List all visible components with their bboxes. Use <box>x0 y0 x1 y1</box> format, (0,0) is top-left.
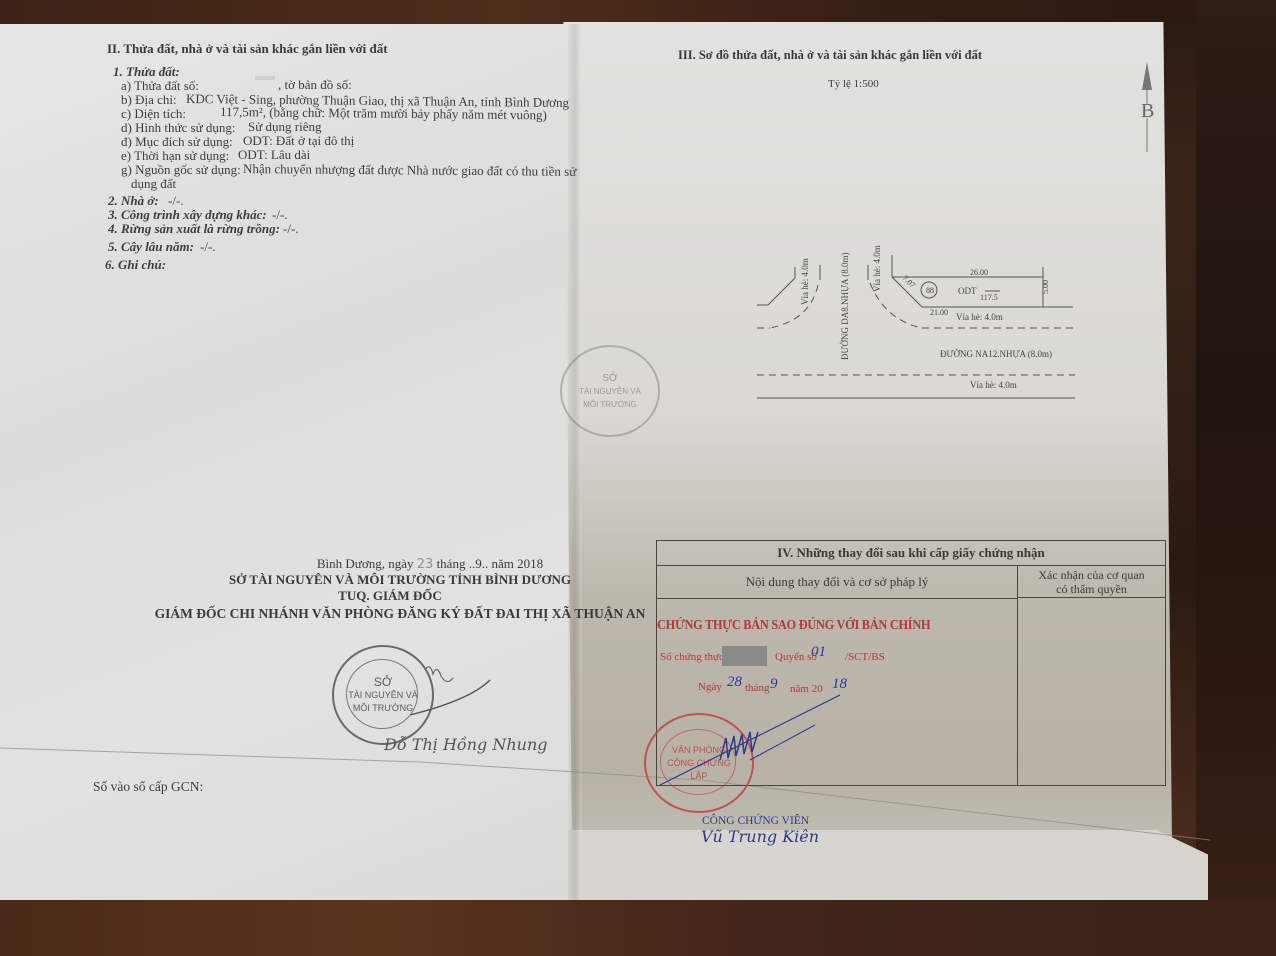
parcel-edge-bottom: 21.00 <box>930 308 948 317</box>
parcel-edge-top: 26.00 <box>970 268 988 277</box>
perennial-value: -/-. <box>200 240 216 254</box>
sidewalk-label-1: Vỉa hè: 4.0m <box>956 312 1003 322</box>
redacted-parcel-number <box>255 76 275 80</box>
sidewalk-label-2: Vỉa hè: 4.0m <box>970 380 1017 390</box>
other-works-value: -/-. <box>272 208 288 222</box>
notes-label: 6. Ghi chú: <box>105 258 166 272</box>
area-label: c) Diện tích: <box>121 107 186 121</box>
notary-title: CÔNG CHỨNG VIÊN <box>702 814 809 828</box>
sidewalk-label-4: Vỉa hè: 4.0m <box>872 245 882 292</box>
faint-stamp-bleedthrough: SỞ TÀI NGUYÊN VÀ MÔI TRƯỜNG <box>560 345 660 437</box>
notary-name: Vũ Trung Kiên <box>701 830 819 844</box>
table-surface-top <box>0 0 1276 24</box>
road-vertical-label: ĐƯỜNG DA8.NHỰA (8.0m) <box>840 253 850 360</box>
use-purpose-label: đ) Mục đích sử dụng: <box>121 135 233 149</box>
road-horizontal-label: ĐƯỜNG NA12.NHỰA (8.0m) <box>940 349 1052 359</box>
address-label: b) Địa chỉ: <box>121 93 177 107</box>
map-sheet-label: , tờ bản đồ số: <box>278 78 352 92</box>
notarization-title: CHỨNG THỰC BẢN SAO ĐÚNG VỚI BẢN CHÍNH <box>657 619 930 633</box>
section4-title: IV. Những thay đổi sau khi cấp giấy chứn… <box>657 541 1165 566</box>
diagram-scale: Tỷ lệ 1:500 <box>828 77 879 91</box>
house-value: -/-. <box>168 194 184 208</box>
issuance-date-line: Bình Dương, ngày 23 tháng ..9.. năm 2018 <box>140 556 660 572</box>
book-suffix: /SCT/BS <box>845 650 885 664</box>
signer-title: GIÁM ĐỐC CHI NHÁNH VĂN PHÒNG ĐĂNG KÝ ĐẤT… <box>120 606 680 622</box>
use-purpose-value: ODT: Đất ở tại đô thị <box>243 134 354 148</box>
use-term-value: ODT: Lâu dài <box>238 148 310 162</box>
origin-label: g) Nguồn gốc sử dụng: <box>121 163 241 177</box>
perennial-label: 5. Cây lâu năm: <box>108 240 194 254</box>
book-number: 01 <box>811 645 826 659</box>
section2-title: II. Thửa đất, nhà ở và tài sản khác gắn … <box>107 42 388 56</box>
north-label: B <box>1140 104 1155 118</box>
forest-value: -/-. <box>283 222 299 236</box>
cert-number-label: Số chứng thực: <box>660 650 727 664</box>
forest-label: 4. Rừng sản xuất là rừng trồng: <box>108 222 280 236</box>
use-form-value: Sử dụng riêng <box>248 120 322 134</box>
parcel-number: 88 <box>926 286 934 295</box>
issuing-agency: SỞ TÀI NGUYÊN VÀ MÔI TRƯỜNG TỈNH BÌNH DƯ… <box>140 572 660 588</box>
parcel-edge-corner: 7.07 <box>901 274 917 290</box>
house-label: 2. Nhà ở: <box>108 194 159 208</box>
on-behalf-of: TUQ. GIÁM ĐỐC <box>130 588 650 604</box>
redacted-cert-number <box>722 646 767 666</box>
column-divider <box>1017 599 1018 785</box>
notarization-month: 9 <box>770 677 778 691</box>
parcel-edge-right: 5.00 <box>1041 280 1050 294</box>
notarization-year: 18 <box>832 677 847 691</box>
parcel-land-code: ODT <box>958 286 977 296</box>
other-works-label: 3. Công trình xây dựng khác: <box>108 208 267 222</box>
use-form-label: d) Hình thức sử dụng: <box>121 121 235 135</box>
notarization-day: 28 <box>727 675 742 689</box>
notary-signature <box>640 690 860 820</box>
section3-title: III. Sơ đồ thửa đất, nhà ở và tài sản kh… <box>678 48 982 62</box>
origin-value-cont: dụng đất <box>131 177 176 191</box>
parcel-area: 117.5 <box>980 293 998 302</box>
table-surface-bottom <box>0 900 1276 956</box>
authority-column-header: Xác nhận của cơ quan có thẩm quyền <box>1018 566 1165 598</box>
parcel-diagram: 88 ODT 117.5 26.00 21.00 7.07 5.00 Vỉa h… <box>740 220 1100 410</box>
issuance-day: 23 <box>417 557 434 572</box>
land-heading: 1. Thửa đất: <box>113 65 180 79</box>
use-term-label: e) Thời hạn sử dụng: <box>121 149 229 163</box>
origin-value: Nhận chuyển nhượng đất được Nhà nước gia… <box>243 162 576 179</box>
sidewalk-label-3: Vỉa hè: 4.0m <box>800 258 810 305</box>
changes-column-header: Nội dung thay đổi và cơ sở pháp lý <box>657 566 1018 599</box>
